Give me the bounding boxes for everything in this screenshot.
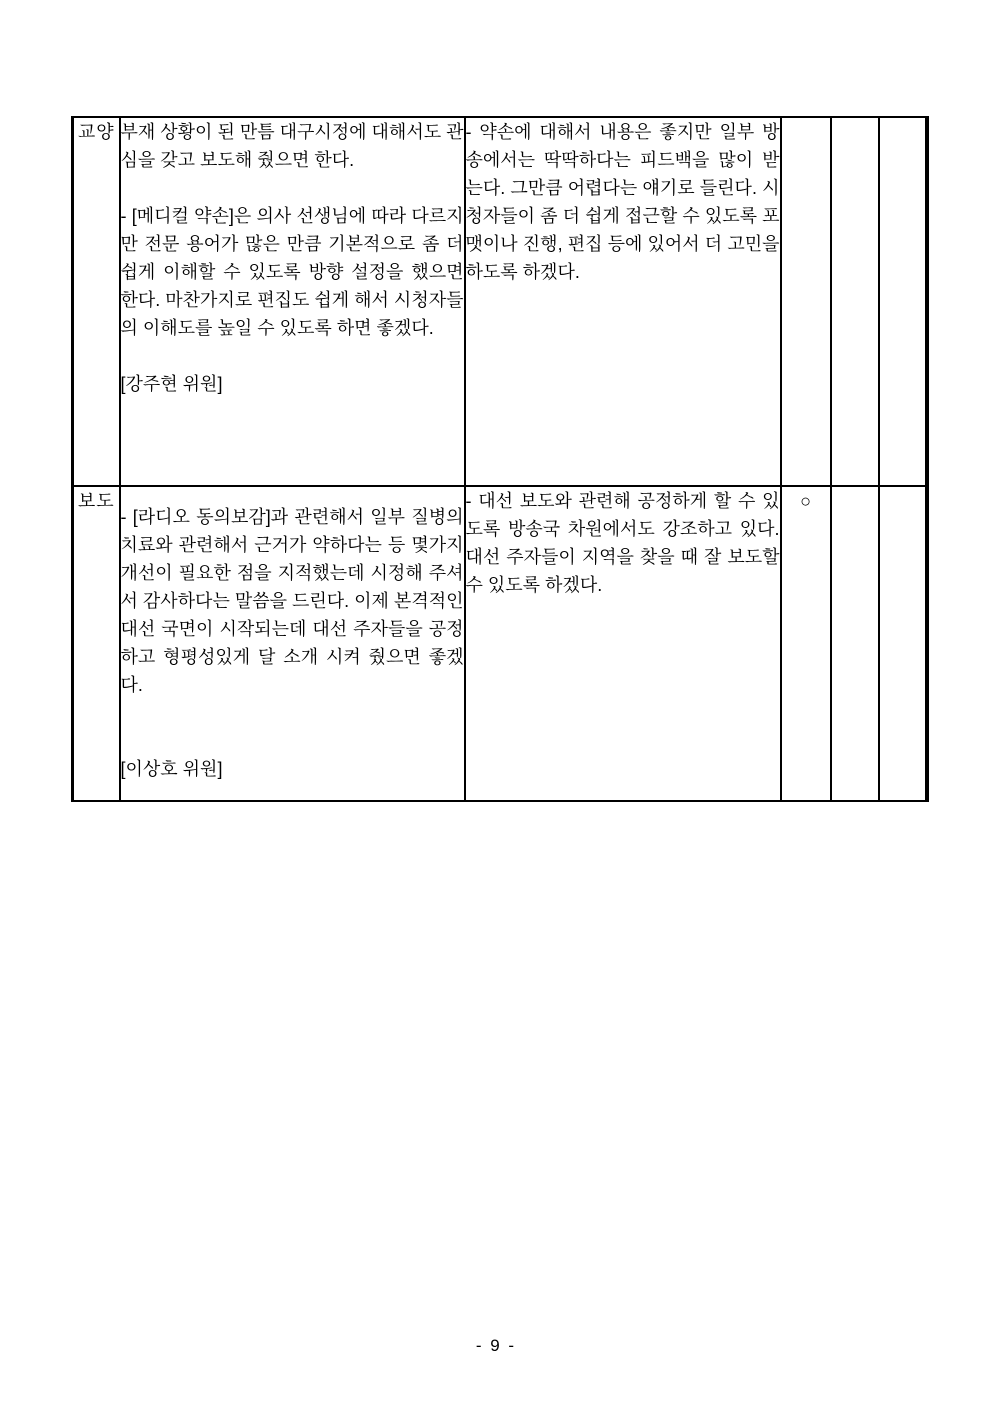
opinion-paragraph: 부재 상황이 된 만틈 대구시정에 대해서도 관심을 갖고 보도해 줬으면 한다… <box>121 118 464 174</box>
mark-cell <box>879 486 927 801</box>
document-page: 교양 부재 상황이 된 만틈 대구시정에 대해서도 관심을 갖고 보도해 줬으면… <box>0 0 992 1403</box>
committee-member-label: [이상호 위원] <box>121 755 464 783</box>
review-table: 교양 부재 상황이 된 만틈 대구시정에 대해서도 관심을 갖고 보도해 줬으면… <box>71 116 929 802</box>
table-row: 교양 부재 상황이 된 만틈 대구시정에 대해서도 관심을 갖고 보도해 줬으면… <box>73 117 927 486</box>
category-cell: 교양 <box>73 117 120 486</box>
mark-cell <box>781 117 831 486</box>
page-number: - 9 - <box>0 1336 992 1356</box>
category-cell: 보도 <box>73 486 120 801</box>
mark-cell <box>879 117 927 486</box>
opinion-paragraph: - [메디컬 약손]은 의사 선생님에 따라 다르지만 전문 용어가 많은 만큼… <box>121 202 464 342</box>
mark-cell <box>831 117 879 486</box>
circle-mark-cell: ○ <box>781 486 831 801</box>
opinion-cell: - [라디오 동의보감]과 관련해서 일부 질병의 치료와 관련해서 근거가 약… <box>120 486 465 801</box>
mark-cell <box>831 486 879 801</box>
opinion-cell: 부재 상황이 된 만틈 대구시정에 대해서도 관심을 갖고 보도해 줬으면 한다… <box>120 117 465 486</box>
opinion-paragraph: - [라디오 동의보감]과 관련해서 일부 질병의 치료와 관련해서 근거가 약… <box>121 487 464 699</box>
response-paragraph: - 약손에 대해서 내용은 좋지만 일부 방송에서는 딱딱하다는 피드백을 많이… <box>466 118 780 286</box>
response-paragraph: - 대선 보도와 관련해 공정하게 할 수 있도록 방송국 차원에서도 강조하고… <box>466 487 780 599</box>
table-row: 보도 - [라디오 동의보감]과 관련해서 일부 질병의 치료와 관련해서 근거… <box>73 486 927 801</box>
response-cell: - 약손에 대해서 내용은 좋지만 일부 방송에서는 딱딱하다는 피드백을 많이… <box>465 117 781 486</box>
response-cell: - 대선 보도와 관련해 공정하게 할 수 있도록 방송국 차원에서도 강조하고… <box>465 486 781 801</box>
committee-member-label: [강주현 위원] <box>121 370 464 398</box>
